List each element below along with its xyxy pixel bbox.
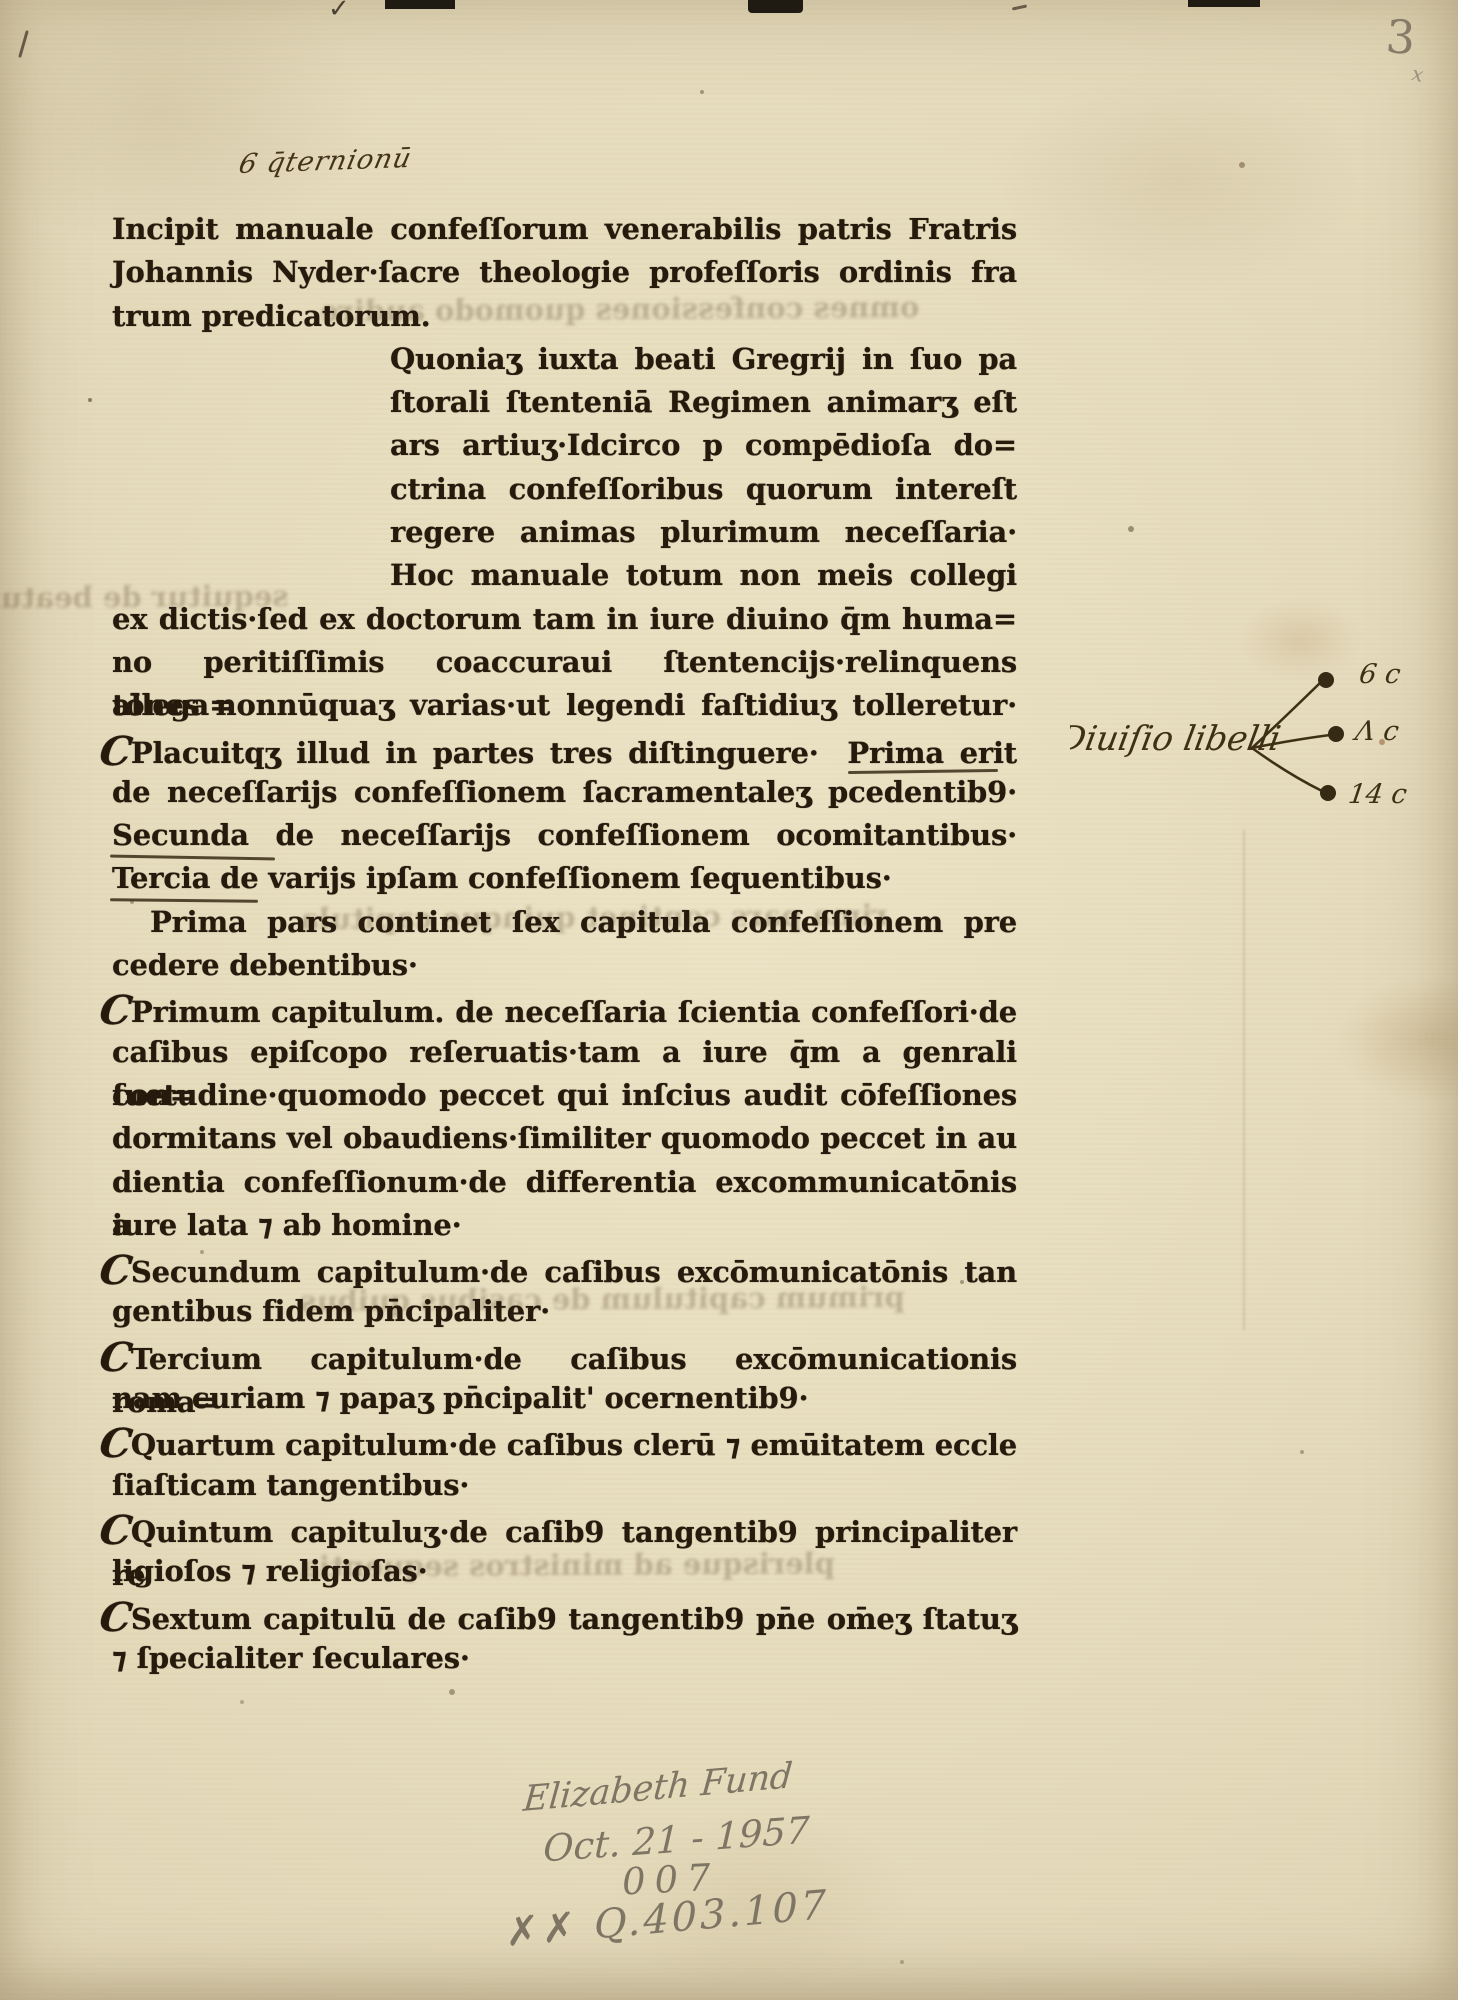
text-line: CTercium capitulum·de caſibus excōmunica…	[112, 1334, 1017, 1377]
branch-label: Λ c	[1350, 716, 1401, 747]
text-line: regere animas plurimum neceſſaria·	[112, 511, 1017, 554]
text-line: Prima pars continet ſex capitula confeſſ…	[112, 901, 1017, 944]
pencil-note-fund: Elizabeth Fund	[522, 1756, 794, 1820]
text-line: iure lata ⁊ ab homine·	[112, 1204, 1017, 1247]
text-line: ex dictis·ſed ex doctorum tam in iure di…	[112, 598, 1017, 641]
stray-pen-stroke	[1012, 4, 1027, 10]
capitulum-mark: C	[97, 989, 133, 1032]
text-line: ſtorali ſtenteniā Regimen animarʒ eſt	[112, 381, 1017, 424]
text-line: CSextum capitulū de caſib9 tangentib9 pn…	[112, 1594, 1017, 1637]
text-line: Johannis Nyder·ſacre theologie profeſſor…	[112, 251, 1017, 294]
text-line: ſuetudine·quomodo peccet qui inſcius aud…	[112, 1074, 1017, 1117]
capitulum-mark: C	[97, 1509, 133, 1552]
text-line: ⁊ ſpecialiter ſeculares·	[112, 1637, 1017, 1680]
text-line: Secunda de neceſſarijs confeſſionem ocom…	[112, 814, 1017, 857]
division-diagram: Diuiſio libelli 6 c Λ c 14 c	[1070, 628, 1458, 828]
text-line: CSecundum capitulum·de caſibus excōmunic…	[112, 1247, 1017, 1290]
text-line: Tercia de varijs ipſam confeſſionem ſequ…	[112, 857, 1017, 900]
text-line: CQuintum capituluʒ·de caſib9 tangentib9 …	[112, 1507, 1017, 1550]
text-line: caſibus epiſcopo reſeruatis·tam a iure q…	[112, 1031, 1017, 1074]
text-line: de neceſſarijs confeſſionem ſacramentale…	[112, 771, 1017, 814]
text-line: ctrina confeſſoribus quorum intereſt	[112, 468, 1017, 511]
text-line: ligioſos ⁊ religioſas·	[112, 1550, 1017, 1593]
folio-mark: x	[1410, 61, 1425, 87]
capitulum-mark: C	[97, 1422, 133, 1465]
text-line: Hoc manuale totum non meis collegi	[112, 554, 1017, 597]
folio-number: 3	[1384, 9, 1417, 65]
scan-edge-mark	[1188, 0, 1260, 7]
text-line: ars artiuʒ·Idcirco p compēdioſa do=	[112, 424, 1017, 467]
stray-pen-stroke	[18, 30, 29, 58]
printed-text: Incipit manuale confeſſorum venerabilis …	[112, 208, 1017, 1680]
capitulum-mark: C	[97, 1249, 133, 1292]
text-line: CQuartum capitulum·de caſibus clerū ⁊ em…	[112, 1420, 1017, 1463]
text-line: gentibus fidem pn̄cipaliter·	[112, 1290, 1017, 1333]
text-line: Quoniaʒ iuxta beati Gregrij in ſuo pa	[112, 338, 1017, 381]
capitulum-mark: C	[97, 1336, 133, 1379]
branch-label: 6 c	[1357, 659, 1402, 690]
scan-edge-mark	[385, 0, 455, 9]
manuscript-page: ✓ omnes confessiones quomodo audire sequ…	[0, 0, 1458, 2000]
text-line: no peritiſſimis coaccuraui ſtentencijs·r…	[112, 641, 1017, 684]
text-line: trum predicatorum.	[112, 295, 1017, 338]
branch-dot	[1328, 726, 1344, 742]
branch-dot	[1320, 785, 1336, 801]
collation-note: 6 q̄ternionū	[236, 143, 415, 180]
text-line: cedere debentibus·	[112, 944, 1017, 987]
text-line: CPrimum capitulum. de neceſſaria ſcienti…	[112, 987, 1017, 1030]
text-line: Incipit manuale confeſſorum venerabilis …	[112, 208, 1017, 251]
text-line: ſiaſticam tangentibus·	[112, 1464, 1017, 1507]
text-line: CPlacuitqʒ illud in partes tres diſtingu…	[112, 728, 1017, 771]
branch-dot	[1318, 672, 1334, 688]
check-mark: ✓	[328, 0, 350, 24]
paper-crease	[1243, 830, 1245, 1330]
capitulum-mark: C	[97, 730, 133, 773]
text-line: tōnes nonnūquaʒ varias·ut legendi faſtid…	[112, 684, 1017, 727]
scan-edge-mark	[748, 0, 803, 13]
text-line: nam curiam ⁊ papaʒ pn̄cipalit' ocernenti…	[112, 1377, 1017, 1420]
branch-label: 14 c	[1346, 779, 1408, 810]
margin-note-label: Diuiſio libelli	[1070, 719, 1284, 759]
paper-specks	[88, 398, 92, 402]
capitulum-mark: C	[97, 1596, 133, 1639]
text-line: dormitans vel obaudiens·ſimiliter quomod…	[112, 1117, 1017, 1160]
text-line: dientia confeſſionum·de differentia exco…	[112, 1161, 1017, 1204]
